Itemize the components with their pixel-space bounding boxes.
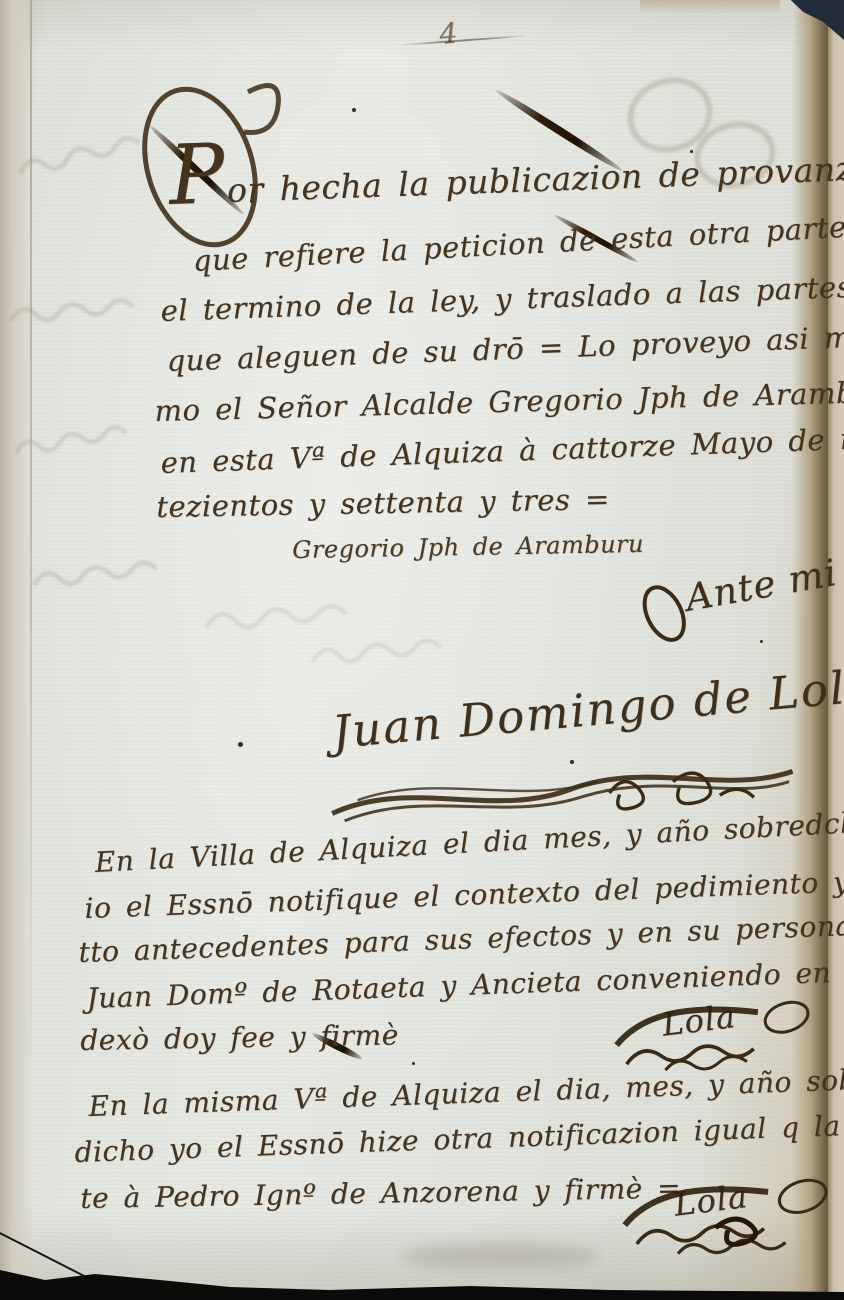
folio-number: 4 bbox=[438, 16, 459, 50]
ink-speck bbox=[690, 150, 693, 153]
ink-speck bbox=[570, 760, 574, 764]
page-left-deckle-edge bbox=[0, 0, 34, 1300]
ink-speck bbox=[250, 200, 253, 203]
ink-speck bbox=[238, 742, 243, 747]
paper-stain bbox=[400, 1243, 600, 1269]
adjacent-page-edge bbox=[828, 0, 844, 1300]
notification-line: dexò doy fee y firmè bbox=[80, 1018, 399, 1057]
manuscript-scan: 4 Por hecha la publicazion de provanzas … bbox=[0, 0, 844, 1300]
ink-speck bbox=[412, 1062, 415, 1065]
ink-speck bbox=[352, 108, 356, 112]
ink-speck bbox=[760, 640, 763, 643]
top-edge-shadow bbox=[640, 0, 780, 14]
